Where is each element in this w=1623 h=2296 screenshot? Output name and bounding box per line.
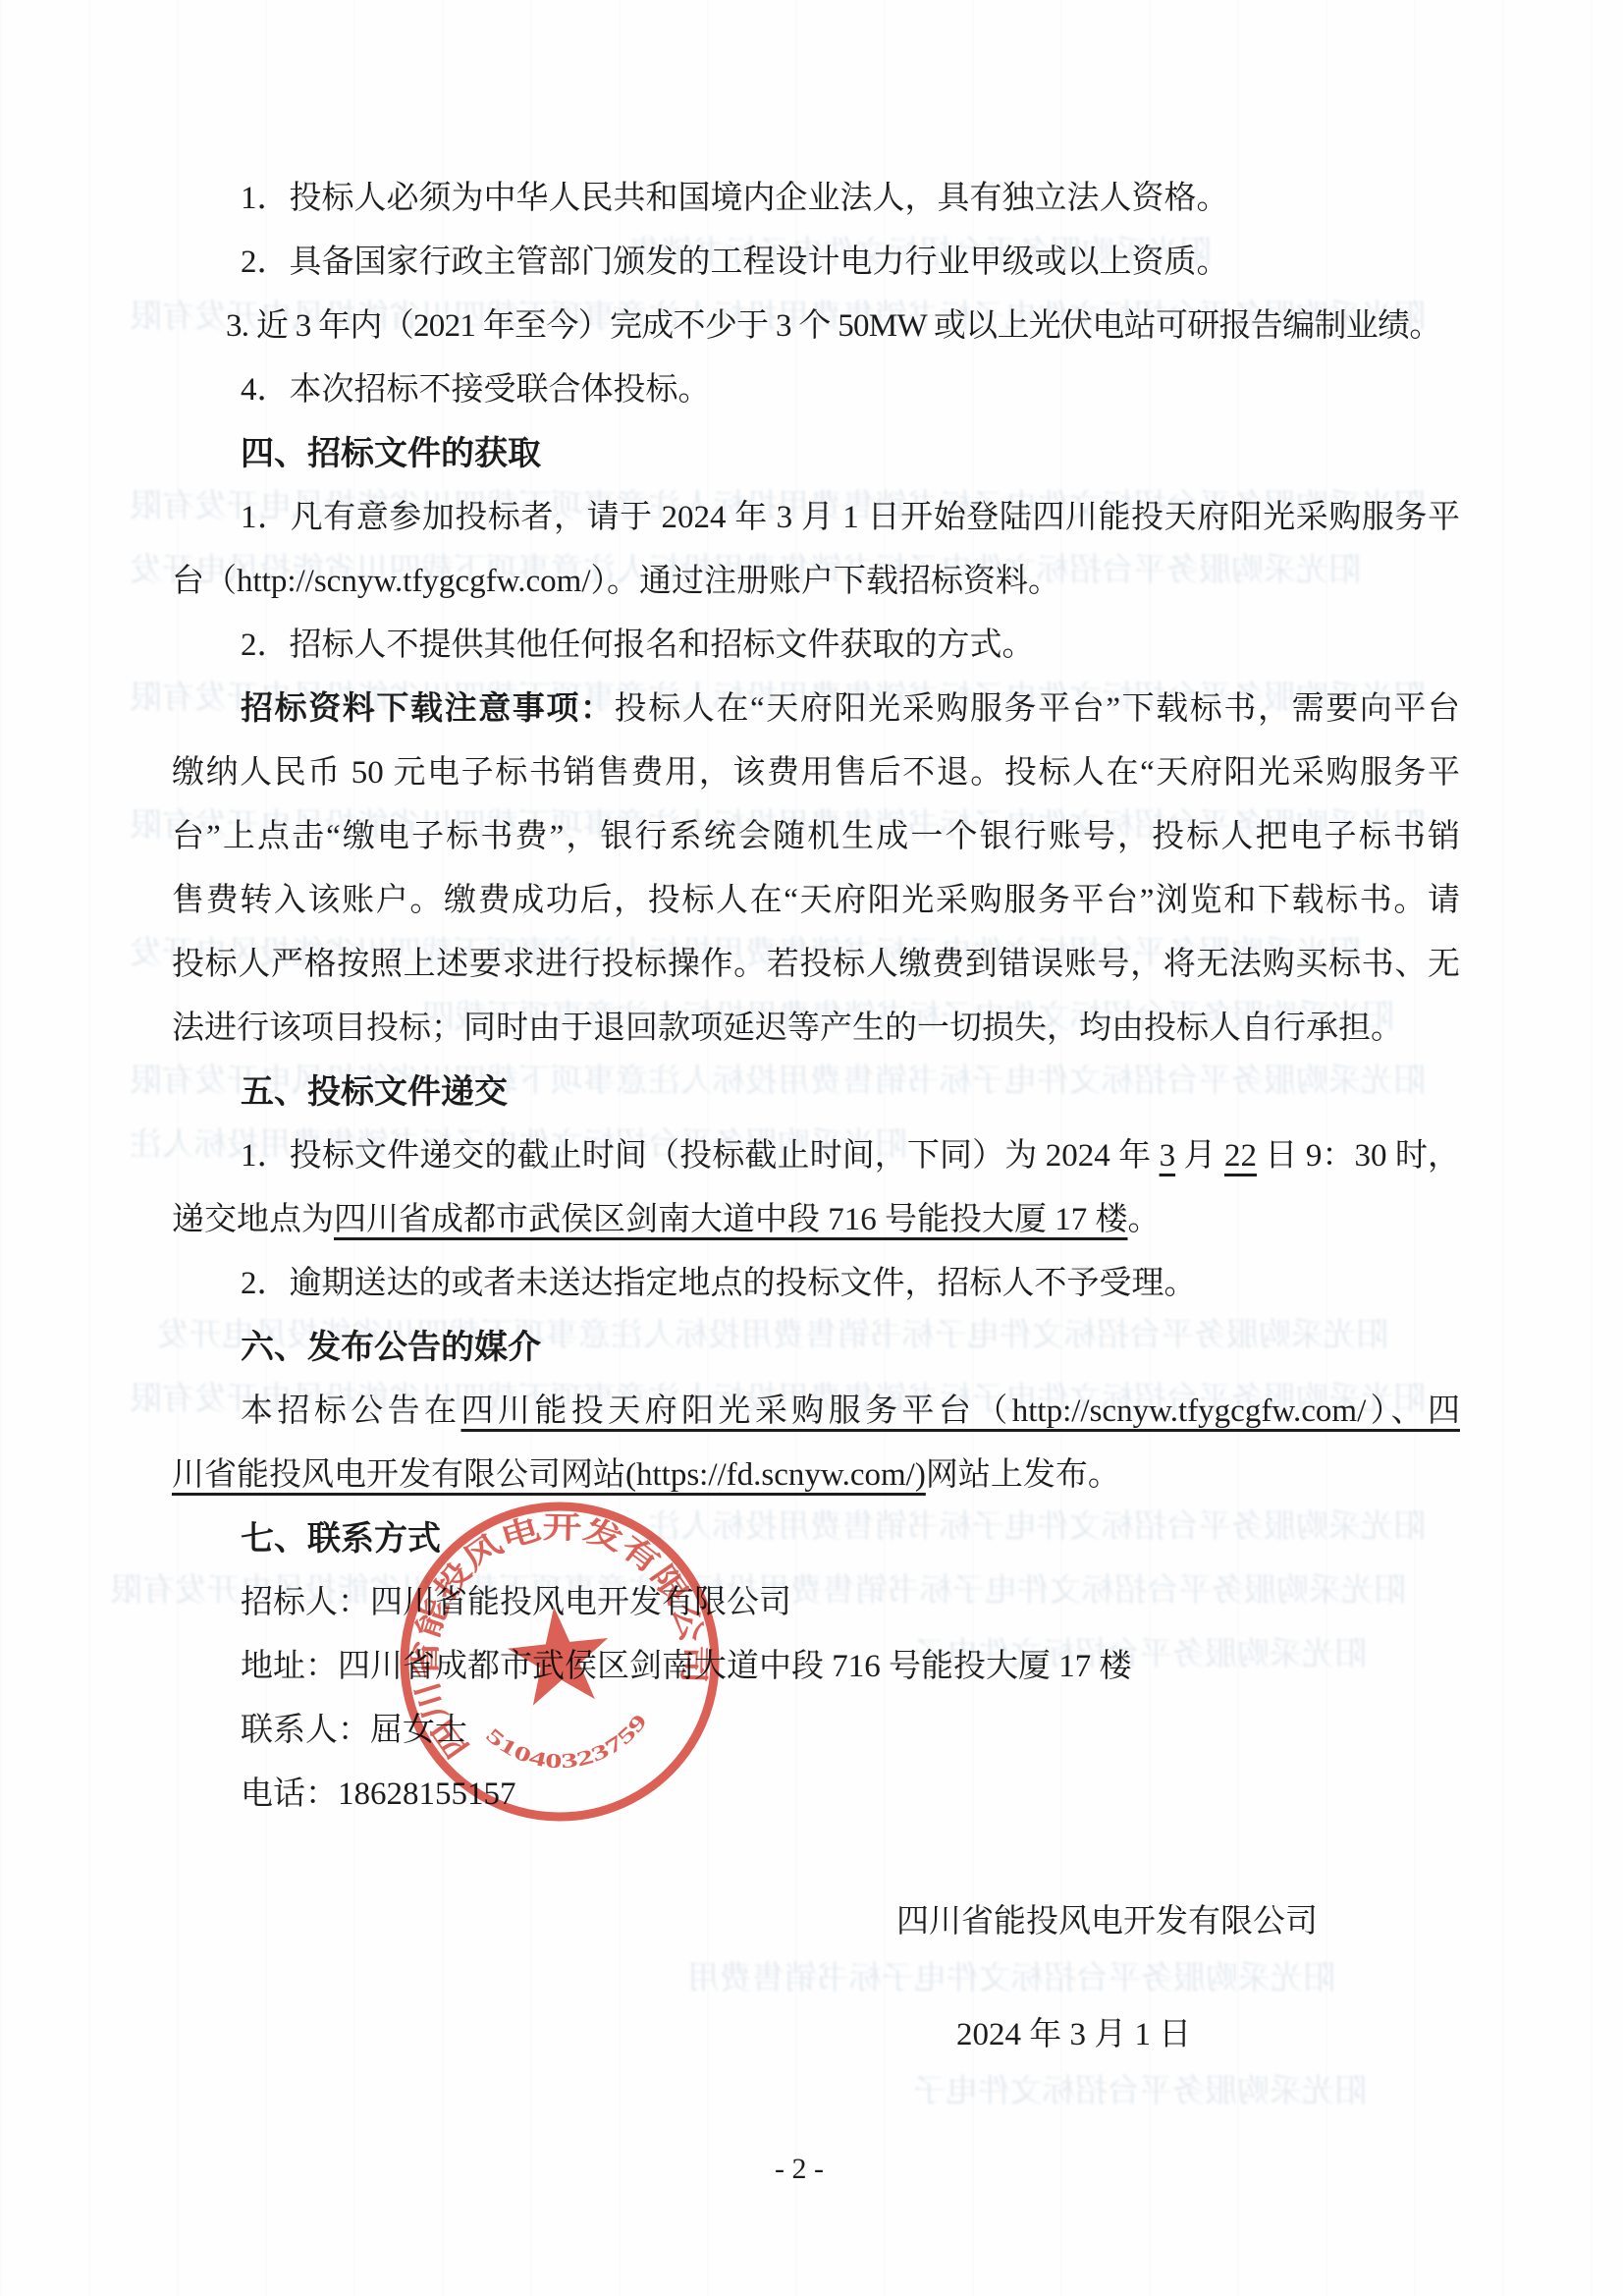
qualification-item-1: 1．投标人必须为中华人民共和国境内企业法人，具有独立法人资格。 — [241, 179, 1229, 219]
text-segment: 投标人严格按照上述要求进行投标操作。若投标人缴费到错误账号，将无法购买标书、无 — [172, 947, 1460, 982]
text-segment: 缴纳人民币 50 元电子标书销售费用，该费用售后不退。投标人在“天府阳光采购服务… — [172, 755, 1460, 791]
text-segment: 2．具备国家行政主管部门颁发的工程设计电力行业甲级或以上资质。 — [241, 245, 1229, 280]
text-segment: 招标资料下载注意事项： — [241, 691, 615, 727]
qualification-item-4: 4．本次招标不接受联合体投标。 — [241, 370, 711, 410]
text-segment: 四、招标文件的获取 — [241, 436, 541, 472]
text-segment: - 2 - — [775, 2153, 824, 2185]
text-segment: 四川省成都市武侯区剑南大道中段 716 号能投大厦 17 楼 — [334, 1202, 1128, 1237]
text-segment: 四川省能投风电开发有限公司 — [896, 1904, 1318, 1940]
download-notice-line-5: 投标人严格按照上述要求进行投标操作。若投标人缴费到错误账号，将无法购买标书、无 — [172, 945, 1460, 985]
download-notice-line-4: 售费转入该账户。缴费成功后，投标人在“天府阳光采购服务平台”浏览和下载标书。请 — [172, 881, 1460, 921]
text-segment: 2．逾期送达的或者未送达指定地点的投标文件，招标人不予受理。 — [241, 1266, 1197, 1301]
text-segment: 22 — [1224, 1138, 1257, 1174]
section-heading-announcement-media: 六、发布公告的媒介 — [241, 1328, 541, 1370]
text-segment: 4．本次招标不接受联合体投标。 — [241, 372, 711, 408]
obtaining-item-2: 2．招标人不提供其他任何报名和招标文件获取的方式。 — [241, 626, 1035, 666]
text-segment: 月 — [1175, 1138, 1224, 1174]
text-segment: 投标人在“天府阳光采购服务平台”下载标书，需要向平台 — [615, 691, 1460, 727]
obtaining-item-1-line-2: 台（http://scnyw.tfygcgfw.com/）。通过注册账户下载招标… — [172, 562, 1060, 602]
submission-item-1-line-1: 1．投标文件递交的截止时间（投标截止时间，下同）为 2024 年 3 月 22 … — [241, 1136, 1460, 1176]
bleedthrough-text: 阳光采购服务平台招标文件电子标书销售费用投标人注 — [648, 1501, 1426, 1547]
text-segment: 1．凡有意参加投标者，请于 2024 年 3 月 1 日开始登陆四川能投天府阳光… — [241, 500, 1460, 535]
text-segment: 递交地点为 — [172, 1202, 334, 1237]
seal-star-icon — [504, 1602, 614, 1708]
page-number: - 2 - — [775, 2151, 824, 2188]
submission-item-2: 2．逾期送达的或者未送达指定地点的投标文件，招标人不予受理。 — [241, 1264, 1197, 1304]
text-segment: 3. 近 3 年内（2021 年至今）完成不少于 3 个 50MW 或以上光伏电… — [226, 308, 1441, 344]
section-heading-document-obtaining: 四、招标文件的获取 — [241, 434, 541, 476]
text-segment: 网站上发布。 — [926, 1457, 1120, 1493]
signature-company: 四川省能投风电开发有限公司 — [896, 1902, 1318, 1942]
company-seal: 四川省能投风电开发有限公司 51040323759 — [363, 1465, 756, 1858]
qualification-item-2: 2．具备国家行政主管部门颁发的工程设计电力行业甲级或以上资质。 — [241, 243, 1229, 283]
download-notice-line-3: 台”上点击“缴电子标书费”，银行系统会随机生成一个银行账号，投标人把电子标书销 — [172, 817, 1460, 857]
download-notice-line-1: 招标资料下载注意事项：投标人在“天府阳光采购服务平台”下载标书，需要向平台 — [241, 689, 1460, 730]
download-notice-line-2: 缴纳人民币 50 元电子标书销售费用，该费用售后不退。投标人在“天府阳光采购服务… — [172, 753, 1460, 793]
media-line-1: 本招标公告在四川能投天府阳光采购服务平台（http://scnyw.tfygcg… — [241, 1392, 1460, 1432]
submission-item-1-line-2: 递交地点为四川省成都市武侯区剑南大道中段 716 号能投大厦 17 楼。 — [172, 1200, 1161, 1240]
bleedthrough-text: 阳光采购服务平台招标文件电子标书销售费用 — [687, 1952, 1335, 1998]
document-page: 阳光采购服务平台招标文件电子标书销售阳光采购服务平台招标文件电子标书销售费用投标… — [0, 0, 1623, 2296]
text-segment: 2024 年 3 月 1 日 — [956, 2017, 1191, 2052]
text-segment: 本招标公告在 — [241, 1394, 461, 1429]
qualification-item-3: 3. 近 3 年内（2021 年至今）完成不少于 3 个 50MW 或以上光伏电… — [226, 306, 1441, 347]
text-segment: 台”上点击“缴电子标书费”，银行系统会随机生成一个银行账号，投标人把电子标书销 — [172, 819, 1460, 854]
obtaining-item-1-line-1: 1．凡有意参加投标者，请于 2024 年 3 月 1 日开始登陆四川能投天府阳光… — [241, 498, 1460, 538]
text-segment: 法进行该项目投标；同时由于退回款项延迟等产生的一切损失，均由投标人自行承担。 — [172, 1011, 1403, 1046]
text-segment: 2．招标人不提供其他任何报名和招标文件获取的方式。 — [241, 628, 1035, 663]
text-segment: 1．投标文件递交的截止时间（投标截止时间，下同）为 2024 年 — [241, 1138, 1160, 1174]
text-segment: 日 9：30 时， — [1257, 1138, 1460, 1174]
text-segment: 台（http://scnyw.tfygcgfw.com/）。通过注册账户下载招标… — [172, 564, 1060, 599]
bleedthrough-text: 阳光采购服务平台招标文件电子 — [913, 2065, 1367, 2111]
text-segment: 售费转入该账户。缴费成功后，投标人在“天府阳光采购服务平台”浏览和下载标书。请 — [172, 883, 1460, 918]
seal-code-arc-text: 51040323759 — [480, 1707, 656, 1781]
text-segment: 。 — [1128, 1202, 1161, 1237]
download-notice-line-6: 法进行该项目投标；同时由于退回款项延迟等产生的一切损失，均由投标人自行承担。 — [172, 1009, 1403, 1049]
text-segment: 五、投标文件递交 — [241, 1074, 508, 1111]
text-segment: 六、发布公告的媒介 — [241, 1330, 541, 1366]
text-segment: 四川能投天府阳光采购服务平台（http://scnyw.tfygcgfw.com… — [461, 1394, 1461, 1429]
section-heading-bid-submission: 五、投标文件递交 — [241, 1072, 508, 1115]
text-segment: 1．投标人必须为中华人民共和国境内企业法人，具有独立法人资格。 — [241, 181, 1229, 216]
signature-date: 2024 年 3 月 1 日 — [956, 2015, 1191, 2055]
text-segment: 3 — [1160, 1138, 1176, 1174]
